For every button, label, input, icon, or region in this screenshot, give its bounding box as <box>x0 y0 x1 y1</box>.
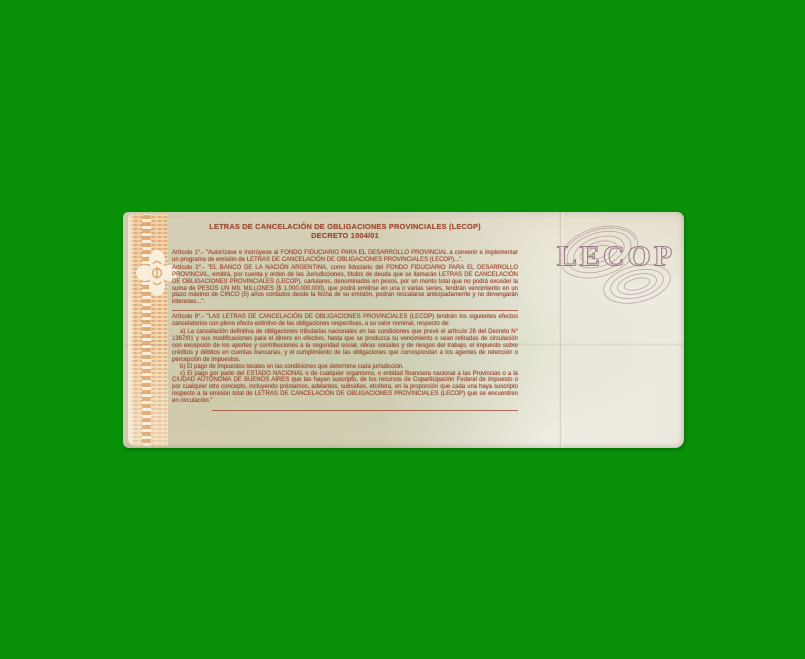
band-chain-pattern <box>142 214 151 446</box>
fold-crease-vertical <box>559 212 563 448</box>
separator-bottom <box>212 410 518 411</box>
lecop-guilloche-watermark: LECOP <box>551 222 681 314</box>
separator-top <box>172 310 518 311</box>
title-line: LETRAS DE CANCELACIÓN DE OBLIGACIONES PR… <box>209 222 481 231</box>
article-8-intro-text: Artículo 8°.- "LAS LETRAS DE CANCELACIÓN… <box>172 314 518 328</box>
clause-b-text: b) El pago de impuestos locales en las c… <box>172 364 518 371</box>
backdrop: { "colors": { "backdrop_green": "#089108… <box>0 0 805 659</box>
article-1-text: Artículo 1°.- "Autorízase e instrúyese a… <box>172 250 518 264</box>
fold-crease-horizontal <box>123 343 684 346</box>
legal-text-column: LETRAS DE CANCELACIÓN DE OBLIGACIONES PR… <box>172 219 518 414</box>
lecop-watermark-text: LECOP <box>557 241 675 272</box>
note-title: LETRAS DE CANCELACIÓN DE OBLIGACIONES PR… <box>178 222 512 240</box>
article-2-text: Artículo 2°.- "EL BANCO DE LA NACIÓN ARG… <box>172 265 518 306</box>
clause-a-text: a) La cancelación definitiva de obligaci… <box>172 329 518 364</box>
left-guilloche-band <box>128 214 168 446</box>
decree-subtitle: DECRETO 1004/01 <box>178 231 512 240</box>
clause-c-text: c) El pago por parte del ESTADO NACIONAL… <box>172 371 518 406</box>
lecop-banknote-back: LETRAS DE CANCELACIÓN DE OBLIGACIONES PR… <box>123 212 684 448</box>
